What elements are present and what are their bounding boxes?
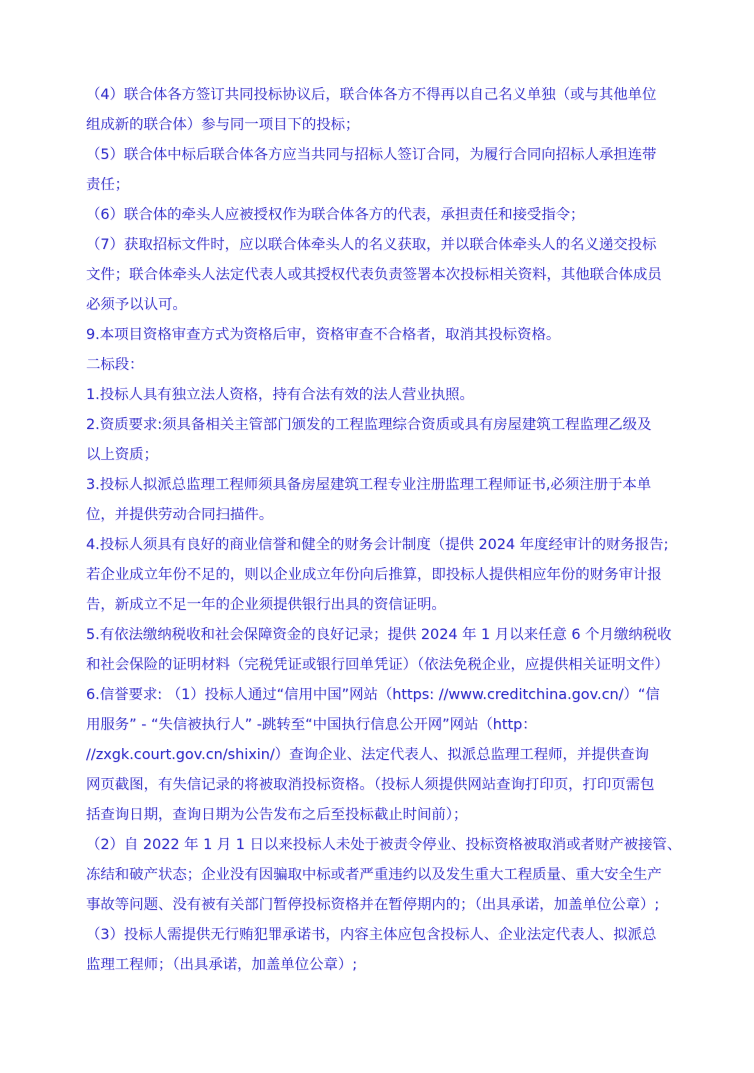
text-line: 告，新成立不足一年的企业须提供银行出具的资信证明。 (86, 590, 676, 620)
document-text-block: （4）联合体各方签订共同投标协议后，联合体各方不得再以自己名义单独（或与其他单位… (86, 80, 676, 980)
text-line: 二标段： (86, 350, 676, 380)
text-line: 2.资质要求:须具备相关主管部门颁发的工程监理综合资质或具有房屋建筑工程监理乙级… (86, 410, 676, 440)
text-line: 6.信誉要求: （1）投标人通过“信用中国”网站（https: //www.cr… (86, 680, 676, 710)
text-line: 事故等问题、没有被有关部门暂停投标资格并在暂停期内的；（出具承诺，加盖单位公章）… (86, 890, 676, 920)
text-line: 和社会保险的证明材料（完税凭证或银行回单凭证）（依法免税企业，应提供相关证明文件… (86, 650, 676, 680)
text-line: （3）投标人需提供无行贿犯罪承诺书，内容主体应包含投标人、企业法定代表人、拟派总 (86, 920, 676, 950)
text-line: 位，并提供劳动合同扫描件。 (86, 500, 676, 530)
text-line: （5）联合体中标后联合体各方应当共同与招标人签订合同，为履行合同向招标人承担连带 (86, 140, 676, 170)
text-line: 监理工程师；（出具承诺，加盖单位公章）; (86, 950, 676, 980)
text-line: 若企业成立年份不足的，则以企业成立年份向后推算，即投标人提供相应年份的财务审计报 (86, 560, 676, 590)
text-line: 9.本项目资格审查方式为资格后审，资格审查不合格者，取消其投标资格。 (86, 320, 676, 350)
text-line: （2）自 2022 年 1 月 1 日以来投标人未处于被责令停业、投标资格被取消… (86, 830, 676, 860)
text-line: （4）联合体各方签订共同投标协议后，联合体各方不得再以自己名义单独（或与其他单位 (86, 80, 676, 110)
text-line: 5.有依法缴纳税收和社会保障资金的良好记录；提供 2024 年 1 月以来任意 … (86, 620, 676, 650)
text-line: 责任； (86, 170, 676, 200)
text-line: 网页截图，有失信记录的将被取消投标资格。（投标人须提供网站查询打印页，打印页需包 (86, 770, 676, 800)
text-line: 4.投标人须具有良好的商业信誉和健全的财务会计制度（提供 2024 年度经审计的… (86, 530, 676, 560)
text-line: 括查询日期，查询日期为公告发布之后至投标截止时间前）； (86, 800, 676, 830)
text-line: 3.投标人拟派总监理工程师须具备房屋建筑工程专业注册监理工程师证书,必须注册于本… (86, 470, 676, 500)
text-line: 用服务” - “失信被执行人” -跳转至“中国执行信息公开网”网站（http： (86, 710, 676, 740)
text-line: //zxgk.court.gov.cn/shixin/）查询企业、法定代表人、拟… (86, 740, 676, 770)
text-line: 组成新的联合体）参与同一项目下的投标； (86, 110, 676, 140)
text-line: 1.投标人具有独立法人资格，持有合法有效的法人营业执照。 (86, 380, 676, 410)
text-line: （7）获取招标文件时，应以联合体牵头人的名义获取，并以联合体牵头人的名义递交投标 (86, 230, 676, 260)
text-line: （6）联合体的牵头人应被授权作为联合体各方的代表，承担责任和接受指令； (86, 200, 676, 230)
document-page: （4）联合体各方签订共同投标协议后，联合体各方不得再以自己名义单独（或与其他单位… (0, 0, 754, 1073)
text-line: 必须予以认可。 (86, 290, 676, 320)
text-line: 文件；联合体牵头人法定代表人或其授权代表负责签署本次投标相关资料，其他联合体成员 (86, 260, 676, 290)
text-line: 以上资质； (86, 440, 676, 470)
text-line: 冻结和破产状态；企业没有因骗取中标或者严重违约以及发生重大工程质量、重大安全生产 (86, 860, 676, 890)
